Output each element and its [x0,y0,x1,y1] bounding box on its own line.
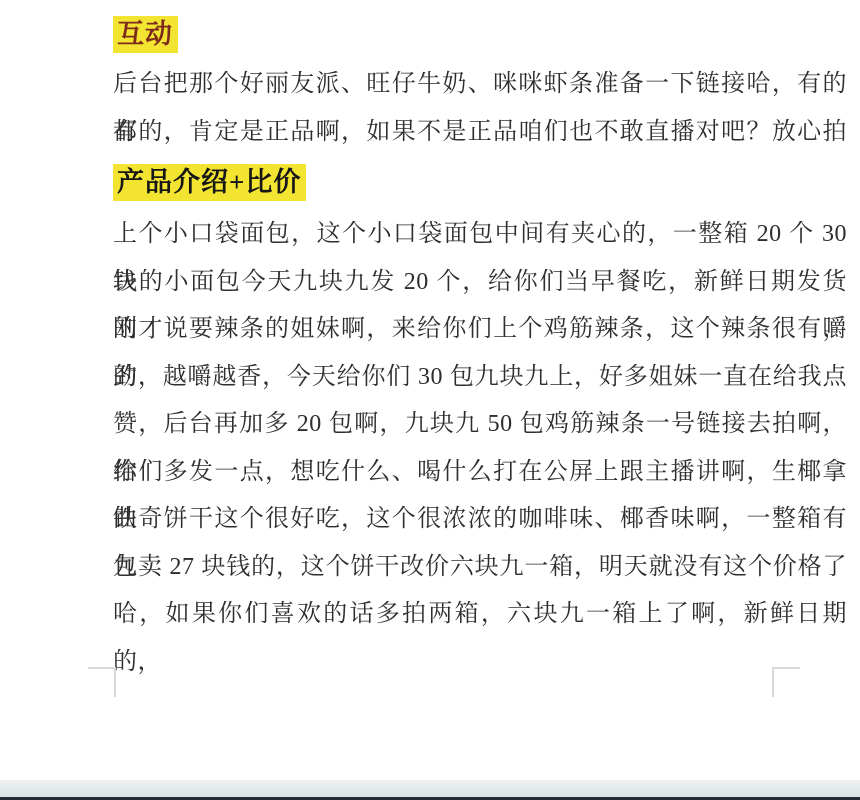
paragraph-interaction: 后台把那个好丽友派、旺仔牛奶、咪咪虾条准备一下链接哈，有的都 有的，肯定是正品啊… [113,61,847,156]
section-heading-product-intro: 产品介绍+比价 [113,164,306,201]
text-boundary-mark-left [88,667,116,697]
bottom-bar [0,780,860,798]
text-boundary-mark-right [772,667,800,697]
screenshot-root: 互动 后台把那个好丽友派、旺仔牛奶、咪咪虾条准备一下链接哈，有的都 有的，肯定是… [0,0,860,800]
paragraph-product-intro: 上个小口袋面包，这个小口袋面包中间有夹心的，一整箱 20 个 30 块 钱的小面… [113,211,847,639]
text-line: 曲奇饼干这个很好吃，这个很浓浓的咖啡味、椰香味啊，一整箱有九 [113,496,847,544]
text-line: 上个小口袋面包，这个小口袋面包中间有夹心的，一整箱 20 个 30 块 [113,211,847,259]
text-line: 的，越嚼越香，今天给你们 30 包九块九上，好多姐妹一直在给我点 [113,354,847,402]
text-line: 包卖 27 块钱的，这个饼干改价六块九一箱，明天就没有这个价格了 [113,544,847,592]
text-line: 你们多发一点，想吃什么、喝什么打在公屏上跟主播讲啊，生椰拿铁 [113,449,847,497]
text-line: 刚才说要辣条的姐妹啊，来给你们上个鸡筋辣条，这个辣条很有嚼劲 [113,306,847,354]
text-line: 哈，如果你们喜欢的话多拍两箱，六块九一箱上了啊，新鲜日期的， [113,591,847,639]
text-line: 钱的小面包今天九块九发 20 个，给你们当早餐吃，新鲜日期发货的， [113,259,847,307]
text-line: 有的，肯定是正品啊，如果不是正品咱们也不敢直播对吧？放心拍啊 [113,109,847,157]
document-page[interactable]: 互动 后台把那个好丽友派、旺仔牛奶、咪咪虾条准备一下链接哈，有的都 有的，肯定是… [0,0,860,780]
text-line: 后台把那个好丽友派、旺仔牛奶、咪咪虾条准备一下链接哈，有的都 [113,61,847,109]
text-line: 赞，后台再加多 20 包啊，九块九 50 包鸡筋辣条一号链接去拍啊，给 [113,401,847,449]
section-heading-interaction: 互动 [113,16,178,53]
